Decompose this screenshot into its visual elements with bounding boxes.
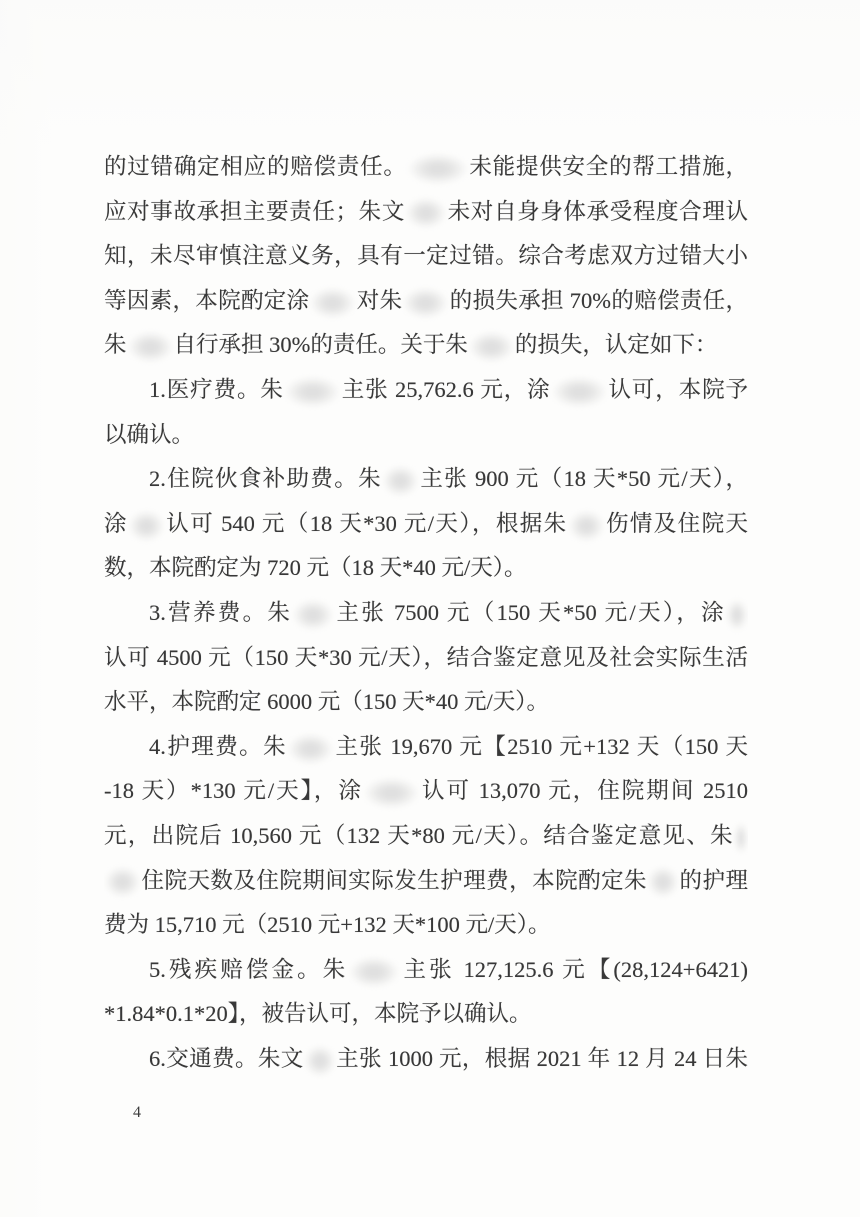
text-line: 知，未尽审慎注意义务，具有一定过错。综合考虑双方过错大小: [104, 234, 748, 279]
text-segment: *1.84*0.1*20】，被告认可，本院予以确认。: [104, 1001, 532, 1026]
text-segment: 主张 1000 元，根据 2021 年 12 月 24 日朱: [336, 1046, 748, 1071]
text-segment: 朱: [104, 332, 127, 357]
redaction-blur: [727, 600, 747, 630]
text-line: 应对事故承担主要责任；朱文未对自身身体承受程度合理认: [104, 190, 748, 235]
redaction-blur: [105, 867, 140, 897]
text-segment: 涂: [104, 511, 128, 536]
text-line: 2.住院伙食补助费。朱主张 900 元（18 天*50 元/天），: [104, 457, 748, 502]
text-line: 5.残疾赔偿金。朱主张 127,125.6 元【(28,124+6421): [104, 948, 748, 993]
redaction-blur: [735, 823, 747, 853]
text-line: 6.交通费。朱文主张 1000 元，根据 2021 年 12 月 24 日朱: [104, 1037, 748, 1082]
text-segment: 未能提供安全的帮工措施，: [469, 154, 748, 179]
text-segment: 主张 900 元（18 天*50 元/天），: [419, 466, 748, 491]
redaction-blur: [403, 288, 448, 318]
text-line: 元，出院后 10,560 元（132 天*80 元/天）。结合鉴定意见、朱: [104, 814, 748, 859]
text-line: 等因素，本院酌定涂对朱的损失承担 70%的赔偿责任，: [104, 279, 748, 324]
text-line: 朱自行承担 30%的责任。关于朱的损失，认定如下：: [104, 323, 748, 368]
scanned-document-page: 的过错确定相应的赔偿责任。未能提供安全的帮工措施，应对事故承担主要责任；朱文未对…: [0, 0, 860, 1217]
redaction-blur: [128, 332, 173, 362]
text-segment: 数，本院酌定为 720 元（18 天*40 元/天）。: [104, 555, 527, 580]
text-segment: 主张 19,670 元【2510 元+132 天（150 天: [334, 734, 748, 759]
redaction-blur: [310, 288, 355, 318]
text-segment: 主张 25,762.6 元，涂: [341, 377, 551, 402]
document-body: 的过错确定相应的赔偿责任。未能提供安全的帮工措施，应对事故承担主要责任；朱文未对…: [104, 145, 748, 1081]
redaction-blur: [569, 511, 604, 541]
text-line: 住院天数及住院期间实际发生护理费，本院酌定朱的护理: [104, 859, 748, 904]
redaction-blur: [469, 332, 514, 362]
text-segment: 3.营养费。朱: [149, 600, 292, 625]
text-line: 涂认可 540 元（18 天*30 元/天），根据朱伤情及住院天: [104, 502, 748, 547]
text-segment: 费为 15,710 元（2510 元+132 天*100 元/天）。: [104, 912, 550, 937]
text-line: 3.营养费。朱主张 7500 元（150 天*50 元/天），涂: [104, 591, 748, 636]
text-segment: 认可，本院予: [608, 377, 748, 402]
text-segment: 应对事故承担主要责任；朱文: [104, 199, 405, 224]
redaction-blur: [408, 154, 468, 184]
text-line: 1.医疗费。朱主张 25,762.6 元，涂认可，本院予: [104, 368, 748, 413]
text-segment: 伤情及住院天: [605, 511, 748, 536]
text-line: 数，本院酌定为 720 元（18 天*40 元/天）。: [104, 546, 748, 591]
redaction-blur: [364, 778, 419, 808]
text-segment: 认可 13,070 元，住院期间 2510: [420, 778, 748, 803]
text-line: 认可 4500 元（150 天*30 元/天），结合鉴定意见及社会实际生活: [104, 636, 748, 681]
text-segment: 5.残疾赔偿金。朱: [149, 957, 348, 982]
text-line: 的过错确定相应的赔偿责任。未能提供安全的帮工措施，: [104, 145, 748, 190]
redaction-blur: [648, 867, 678, 897]
text-segment: 4.护理费。朱: [149, 734, 287, 759]
redaction-blur: [552, 377, 607, 407]
text-segment: 认可 4500 元（150 天*30 元/天），结合鉴定意见及社会实际生活: [104, 645, 748, 670]
redaction-blur: [129, 511, 164, 541]
text-segment: 主张 7500 元（150 天*50 元/天），涂: [334, 600, 726, 625]
text-line: *1.84*0.1*20】，被告认可，本院予以确认。: [104, 992, 748, 1037]
text-segment: 以确认。: [104, 422, 194, 447]
text-line: 水平，本院酌定 6000 元（150 天*40 元/天）。: [104, 680, 748, 725]
redaction-blur: [349, 957, 399, 987]
text-segment: 元，出院后 10,560 元（132 天*80 元/天）。结合鉴定意见、朱: [104, 823, 734, 848]
text-segment: 自行承担 30%的责任。关于朱: [174, 332, 468, 357]
redaction-blur: [293, 600, 333, 630]
text-segment: 的损失，认定如下：: [515, 332, 718, 357]
text-line: 4.护理费。朱主张 19,670 元【2510 元+132 天（150 天: [104, 725, 748, 770]
redaction-blur: [285, 377, 340, 407]
text-segment: 对朱: [356, 288, 402, 313]
text-segment: 2.住院伙食补助费。朱: [149, 466, 382, 491]
text-line: 费为 15,710 元（2510 元+132 天*100 元/天）。: [104, 903, 748, 948]
redaction-blur: [288, 734, 333, 764]
text-segment: 的损失承担 70%的赔偿责任，: [449, 288, 748, 313]
text-segment: -18 天）*130 元/天】，涂: [104, 778, 363, 803]
text-segment: 等因素，本院酌定涂: [104, 288, 309, 313]
redaction-blur: [383, 466, 418, 496]
redaction-blur: [406, 198, 446, 228]
text-segment: 水平，本院酌定 6000 元（150 天*40 元/天）。: [104, 689, 549, 714]
text-line: -18 天）*130 元/天】，涂认可 13,070 元，住院期间 2510: [104, 769, 748, 814]
text-line: 以确认。: [104, 413, 748, 458]
text-segment: 6.交通费。朱文: [149, 1046, 304, 1071]
text-segment: 的护理: [679, 868, 748, 893]
page-number: 4: [133, 1104, 141, 1122]
text-segment: 未对自身身体承受程度合理认: [447, 199, 748, 224]
redaction-blur: [305, 1046, 335, 1076]
text-segment: 1.医疗费。朱: [149, 377, 284, 402]
text-segment: 主张 127,125.6 元【(28,124+6421): [400, 957, 748, 982]
text-segment: 住院天数及住院期间实际发生护理费，本院酌定朱: [141, 868, 647, 893]
text-segment: 的过错确定相应的赔偿责任。: [104, 154, 407, 179]
text-segment: 知，未尽审慎注意义务，具有一定过错。综合考虑双方过错大小: [104, 243, 748, 268]
text-segment: 认可 540 元（18 天*30 元/天），根据朱: [165, 511, 568, 536]
